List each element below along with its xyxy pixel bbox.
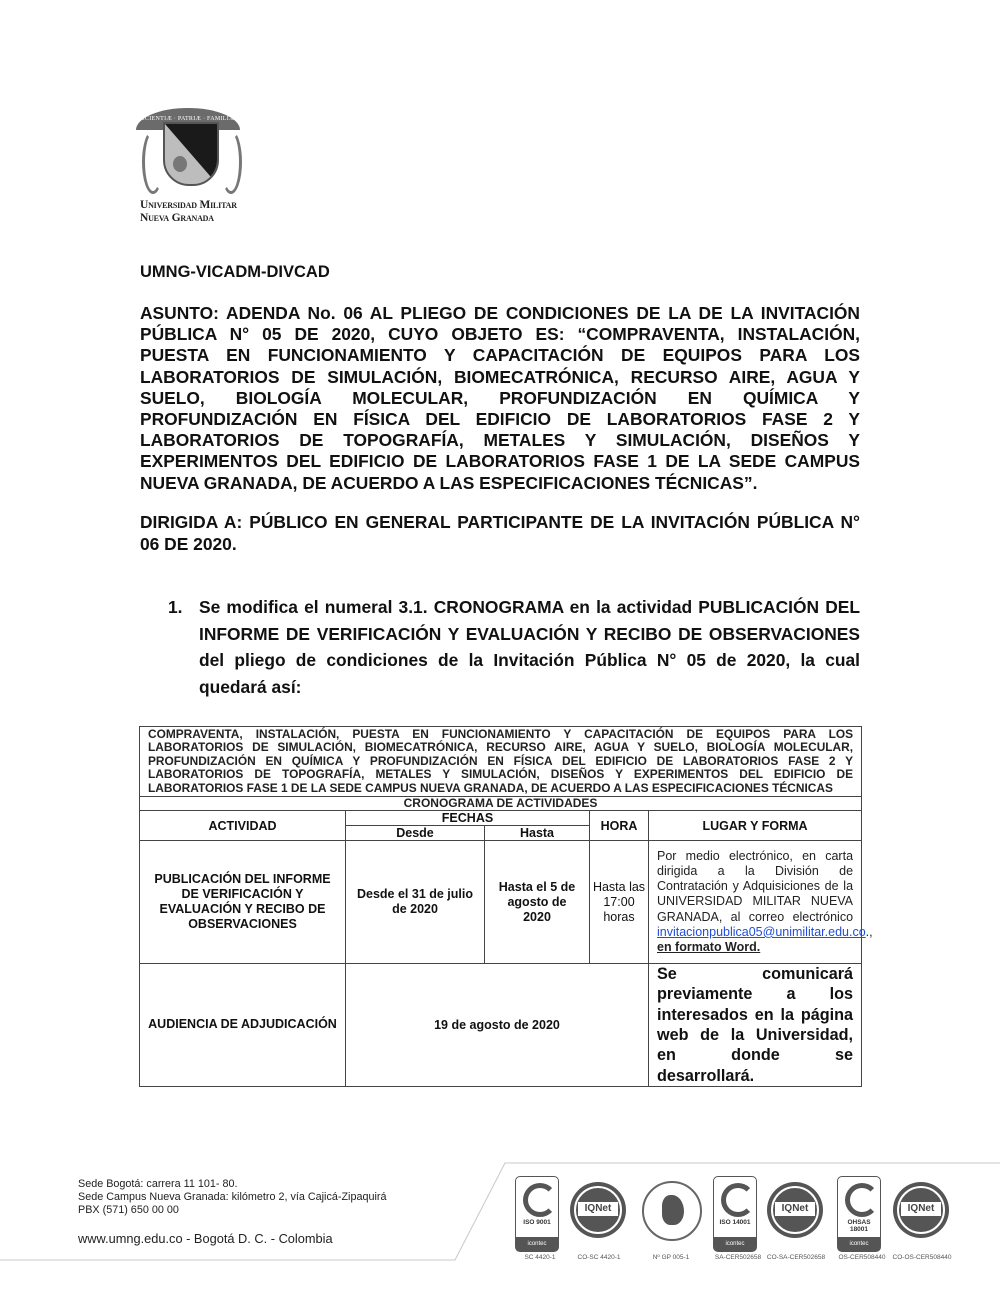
header-actividad: ACTIVIDAD [140, 811, 346, 841]
icontec-ohsas18001-badge-icon: OHSAS 18001icontec OS-CER508440 [837, 1176, 881, 1252]
header-hasta: Hasta [485, 826, 590, 841]
icontec-iso14001-badge-icon: ISO 14001icontec SA-CER502658 [713, 1176, 757, 1252]
icontec-iso9001-badge-icon: ISO 9001icontec SC 4420-1 [515, 1176, 559, 1252]
header-hora: HORA [590, 811, 649, 841]
subject-paragraph: ASUNTO: ADENDA No. 06 AL PLIEGO DE CONDI… [140, 303, 860, 494]
format-note: en formato Word. [657, 940, 760, 954]
coat-of-arms-shield-icon [163, 122, 219, 186]
cell-hasta: Hasta el 5 de agosto de 2020 [485, 841, 590, 964]
cell-lugar: Se comunicará previamente a los interesa… [649, 964, 862, 1087]
header-fechas: FECHAS [346, 811, 590, 826]
university-logo: SCIENTIÆ · PATRIÆ · FAMILIÆ Universidad … [130, 100, 250, 230]
cell-hora: Hasta las 17:00 horas [590, 841, 649, 964]
laurel-left-icon [142, 130, 164, 194]
email-link[interactable]: invitacionpublica05@unimilitar.edu.co [657, 925, 866, 939]
cell-actividad: PUBLICACIÓN DEL INFORME DE VERIFICACIÓN … [140, 841, 346, 964]
gp-certification-badge-icon: Nº GP 005-1 [642, 1176, 702, 1236]
cell-fecha: 19 de agosto de 2020 [346, 964, 649, 1087]
document-reference: UMNG-VICADM-DIVCAD [140, 263, 330, 282]
schedule-table: COMPRAVENTA, INSTALACIÓN, PUESTA EN FUNC… [139, 726, 862, 1087]
header-desde: Desde [346, 826, 485, 841]
cell-actividad: AUDIENCIA DE ADJUDICACIÓN [140, 964, 346, 1087]
iqnet-badge-icon: IQNet CO-OS-CER508440 [893, 1176, 949, 1232]
addressed-to-paragraph: DIRIGIDA A: PÚBLICO EN GENERAL PARTICIPA… [140, 512, 860, 555]
laurel-right-icon [220, 130, 242, 194]
list-item-text: Se modifica el numeral 3.1. CRONOGRAMA e… [199, 594, 860, 700]
table-row: AUDIENCIA DE ADJUDICACIÓN 19 de agosto d… [140, 964, 862, 1087]
list-item: 1. Se modifica el numeral 3.1. CRONOGRAM… [168, 594, 860, 700]
header-lugar: LUGAR Y FORMA [649, 811, 862, 841]
cell-lugar: Por medio electrónico, en carta dirigida… [649, 841, 862, 964]
table-row: PUBLICACIÓN DEL INFORME DE VERIFICACIÓN … [140, 841, 862, 964]
table-object-description: COMPRAVENTA, INSTALACIÓN, PUESTA EN FUNC… [140, 727, 862, 797]
table-title: CRONOGRAMA DE ACTIVIDADES [140, 797, 862, 811]
university-name: Universidad Militar Nueva Granada [140, 199, 237, 225]
iqnet-badge-icon: IQNet CO-SA-CER502658 [767, 1176, 823, 1232]
footer-website: www.umng.edu.co - Bogotá D. C. - Colombi… [78, 1231, 333, 1246]
cell-desde: Desde el 31 de julio de 2020 [346, 841, 485, 964]
certification-badges: ISO 9001icontec SC 4420-1 IQNet CO-SC 44… [515, 1176, 965, 1266]
footer-address: Sede Bogotá: carrera 11 101- 80. Sede Ca… [78, 1178, 386, 1216]
iqnet-badge-icon: IQNet CO-SC 4420-1 [570, 1176, 626, 1232]
list-item-number: 1. [168, 594, 183, 621]
